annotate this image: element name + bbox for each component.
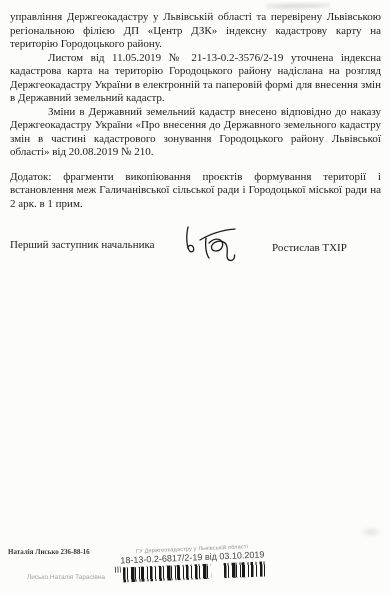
registration-stamp: ГУ Держгеокадастру у Львівській області …	[108, 543, 277, 583]
executor-full-name: Лисько Наталія Тарасівна	[27, 574, 105, 581]
barcode-segment	[224, 561, 267, 578]
body-paragraph: Листом від 11.05.2019 № 21-13-0.2-3576/2…	[10, 52, 381, 106]
scan-smudge-top	[266, 1, 330, 10]
handwritten-signature	[178, 212, 248, 270]
scanned-document-page: управління Держгеокадастру у Львівській …	[0, 0, 391, 595]
body-paragraph: Зміни в Державний земельний кадастр внес…	[10, 106, 381, 160]
barcode-segment	[123, 564, 212, 583]
signer-position: Перший заступник начальника	[10, 239, 155, 251]
body-paragraph: управління Держгеокадастру у Львівській …	[10, 11, 381, 52]
signer-name: Ростислав ТХІР	[272, 242, 347, 254]
attachment-paragraph: Додаток: фрагменти викопіювання проєктів…	[10, 171, 381, 212]
executor-contact: Наталія Лисько 236-88-16	[8, 548, 90, 556]
scan-smudge-corner	[358, 526, 384, 538]
document-body: управління Держгеокадастру у Львівській …	[10, 11, 381, 211]
barcode-start-mark	[115, 566, 121, 572]
